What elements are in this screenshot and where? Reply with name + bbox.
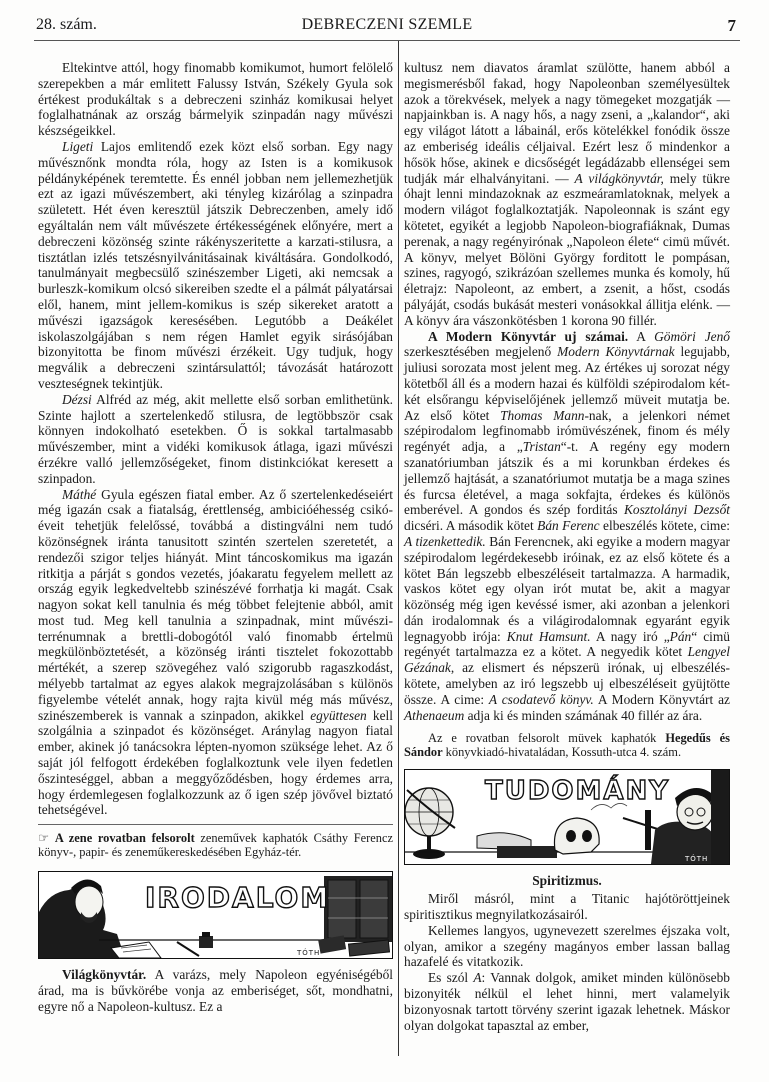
section-heading: Világkönyvtár.: [62, 967, 146, 982]
music-notice: ☞ A zene rovatban felsorolt zeneművek ka…: [38, 831, 393, 859]
text: elbeszélés kötete, cime:: [600, 518, 730, 533]
italic-text: Bán Ferenc: [537, 518, 599, 533]
banner-title: TUDOMÁNY: [485, 784, 670, 800]
artist-signature: TÓTH: [685, 852, 708, 865]
page-number: 7: [728, 16, 737, 36]
paragraph-ligeti: Ligeti Lajos emlitendő ezek közt első so…: [38, 139, 393, 392]
italic-text: Knut Hamsunt.: [507, 629, 591, 644]
paragraph: Es szól A: Vannak dolgok, amiket minden …: [404, 970, 730, 1033]
paragraph-mathe: Máthé Gyula egészen fiatal ember. Az ő s…: [38, 487, 393, 819]
paragraph: Miről másról, mint a Titanic hajótöröttj…: [404, 891, 730, 923]
italic-text: Thomas Mann: [500, 408, 584, 423]
text: A: [628, 329, 654, 344]
right-column: kultusz nem diavatos áramlat szülötte, h…: [404, 60, 730, 1033]
name-mathe: Máthé: [62, 487, 96, 502]
text: Bán Ferencnek, aki egyike a modern magya…: [404, 534, 730, 644]
napoleon-continued: kultusz nem diavatos áramlat szülötte, h…: [404, 60, 730, 329]
spiritizmus-heading: Spiritizmus.: [404, 873, 730, 889]
artist-signature: TÓTH: [297, 946, 320, 959]
name-ligeti: Ligeti: [62, 139, 93, 154]
left-column: Eltekintve attól, hogy finomabb komikumo…: [38, 60, 393, 1015]
italic-text: Tristan: [523, 439, 561, 454]
text: adja ki és minden számának 40 fillér az …: [464, 708, 702, 723]
section-heading: A Modern Könyvtár uj számai.: [428, 329, 628, 344]
italic-text: A tizenkettedik.: [404, 534, 486, 549]
banner-title: IRODALOM: [145, 890, 330, 906]
italic-text: Athenaeum: [404, 708, 464, 723]
vilagkonyvtar-paragraph: Világkönyvtár. A varázs, mely Napoleon e…: [38, 967, 393, 1014]
italic-text: Pán: [670, 629, 692, 644]
journal-title: DEBRECZENI SZEMLE: [34, 16, 740, 34]
header-rule: [34, 40, 740, 41]
italic-text: A csodatevő könyv.: [489, 692, 594, 707]
text: szerkesztésében megjelenő: [404, 344, 557, 359]
pointing-hand-icon: ☞: [38, 831, 49, 845]
column-divider: [398, 41, 399, 1056]
paragraph: Eltekintve attól, hogy finomabb komikumo…: [38, 60, 393, 139]
name-dezsi: Dézsi: [62, 392, 92, 407]
text: A nagy iró „: [591, 629, 670, 644]
irodalom-banner: IRODALOM TÓTH: [38, 871, 393, 959]
shop-notice: Az e rovatban felsorolt müvek kaphatók H…: [404, 731, 730, 759]
tudomany-banner: TUDOMÁNY TÓTH: [404, 769, 730, 865]
text: A Modern Könyvtárt az: [594, 692, 730, 707]
page-header: 28. szám. DEBRECZENI SZEMLE 7: [34, 16, 740, 38]
italic-text: Kosztolányi Dezsőt: [624, 502, 730, 517]
paragraph: Kellemes langyos, ugynevezett szerelmes …: [404, 923, 730, 970]
section-separator: [38, 824, 393, 825]
italic-text: Modern Könyvtárnak: [557, 344, 674, 359]
text: dicséri. A második kötet: [404, 518, 537, 533]
italic-text: Gömöri Jenő: [654, 329, 730, 344]
paragraph-dezsi: Dézsi Alfréd az még, akit mellette első …: [38, 392, 393, 487]
modern-konyvtar-paragraph: A Modern Könyvtár uj számai. A Gömöri Je…: [404, 329, 730, 724]
